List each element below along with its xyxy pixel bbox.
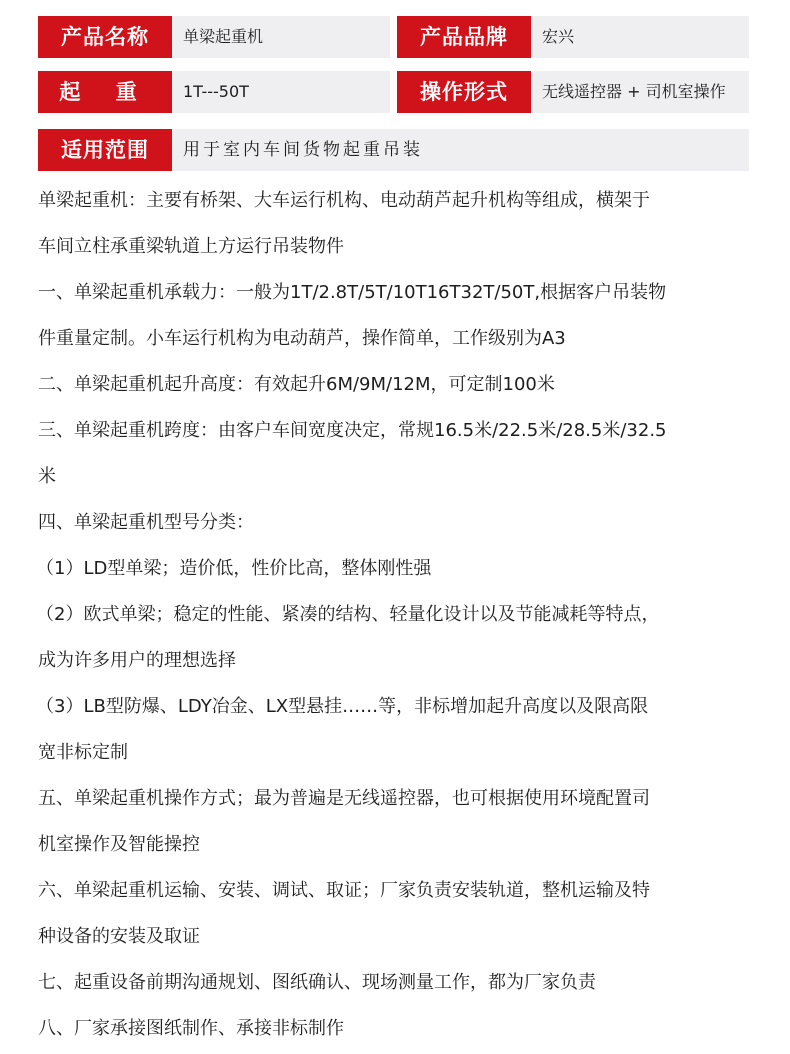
paragraph-line: 种设备的安装及取证 xyxy=(38,914,758,960)
spec-row-operation: 操作形式 无线遥控器 + 司机室操作 xyxy=(397,71,749,113)
spec-value-brand: 宏兴 xyxy=(531,16,749,58)
paragraph-line: （2）欧式单梁；稳定的性能、紧凑的结构、轻量化设计以及节能减耗等特点， xyxy=(38,592,758,638)
paragraph-line: 七、起重设备前期沟通规划、图纸确认、现场测量工作，都为厂家负责 xyxy=(38,960,758,1006)
spec-label-capacity: 起 重 量 xyxy=(38,71,172,113)
paragraph-line: 机室操作及智能操控 xyxy=(38,822,758,868)
description: 单梁起重机：主要有桥架、大车运行机构、电动葫芦起升机构等组成，横架于 车间立柱承… xyxy=(38,178,758,1052)
paragraph-line: 单梁起重机：主要有桥架、大车运行机构、电动葫芦起升机构等组成，横架于 xyxy=(38,178,758,224)
paragraph-line: 二、单梁起重机起升高度：有效起升6M/9M/12M，可定制100米 xyxy=(38,362,758,408)
paragraph-line: 一、单梁起重机承载力：一般为1T/2.8T/5T/10T16T32T/50T,根… xyxy=(38,270,758,316)
paragraph-line: （3）LB型防爆、LDY冶金、LX型悬挂……等，非标增加起升高度以及限高限 xyxy=(38,684,758,730)
paragraph-line: 件重量定制。小车运行机构为电动葫芦，操作简单，工作级别为A3 xyxy=(38,316,758,362)
paragraph-line: （1）LD型单梁；造价低，性价比高，整体刚性强 xyxy=(38,546,758,592)
spec-row-brand: 产品品牌 宏兴 xyxy=(397,16,749,58)
spec-row-product-name: 产品名称 单梁起重机 xyxy=(38,16,390,58)
spec-value-operation: 无线遥控器 + 司机室操作 xyxy=(531,71,749,113)
spec-value-product-name: 单梁起重机 xyxy=(172,16,390,58)
paragraph-line: 四、单梁起重机型号分类： xyxy=(38,500,758,546)
paragraph-line: 宽非标定制 xyxy=(38,730,758,776)
paragraph-line: 五、单梁起重机操作方式；最为普遍是无线遥控器，也可根据使用环境配置司 xyxy=(38,776,758,822)
spec-row-scope: 适用范围 用于室内车间货物起重吊装 xyxy=(38,129,749,171)
spec-row-capacity: 起 重 量 1T---50T xyxy=(38,71,390,113)
spec-label-scope: 适用范围 xyxy=(38,129,172,171)
spec-label-operation: 操作形式 xyxy=(397,71,531,113)
paragraph-line: 八、厂家承接图纸制作、承接非标制作 xyxy=(38,1006,758,1052)
spec-label-brand: 产品品牌 xyxy=(397,16,531,58)
spec-value-capacity: 1T---50T xyxy=(172,71,390,113)
spec-label-product-name: 产品名称 xyxy=(38,16,172,58)
paragraph-line: 六、单梁起重机运输、安装、调试、取证；厂家负责安装轨道，整机运输及特 xyxy=(38,868,758,914)
paragraph-line: 车间立柱承重梁轨道上方运行吊装物件 xyxy=(38,224,758,270)
spec-value-scope: 用于室内车间货物起重吊装 xyxy=(172,129,749,171)
paragraph-line: 三、单梁起重机跨度：由客户车间宽度决定，常规16.5米/22.5米/28.5米/… xyxy=(38,408,758,454)
paragraph-line: 成为许多用户的理想选择 xyxy=(38,638,758,684)
paragraph-line: 米 xyxy=(38,454,758,500)
